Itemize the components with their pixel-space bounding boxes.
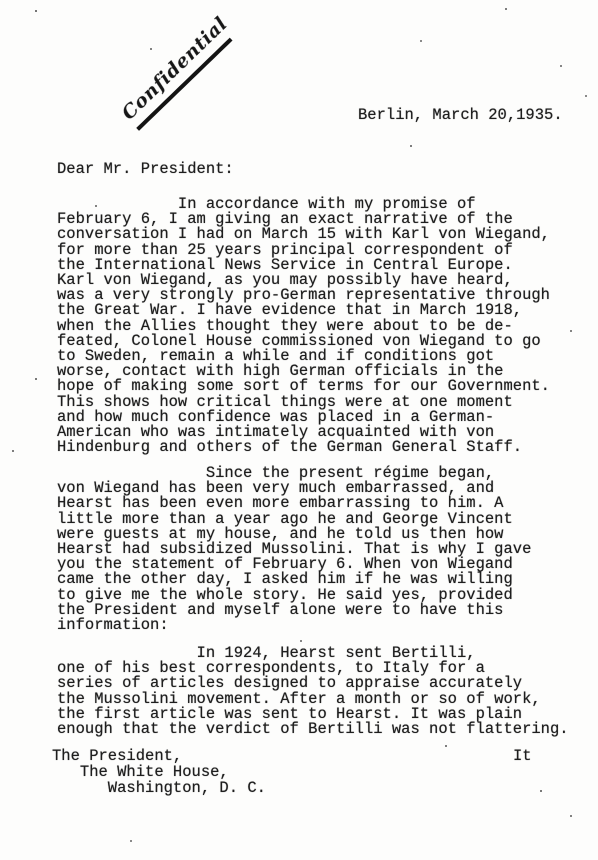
dateline: Berlin, March 20,1935. [358,108,563,123]
confidential-stamp-text: Confidential [117,13,231,124]
letter-page: Confidential Berlin, March 20,1935. Dear… [0,0,598,860]
salutation: Dear Mr. President: [57,162,234,177]
paragraph-1: In accordance with my promise of Februar… [57,197,550,455]
paragraph-2: Since the present régime began, von Wieg… [57,466,531,633]
inside-address: The President, The White House, Washingt… [52,749,266,796]
paragraph-3: In 1924, Hearst sent Bertilli, one of hi… [57,646,569,737]
catchword: It [513,749,532,764]
scan-speckles [35,10,37,12]
confidential-stamp: Confidential [117,18,232,131]
